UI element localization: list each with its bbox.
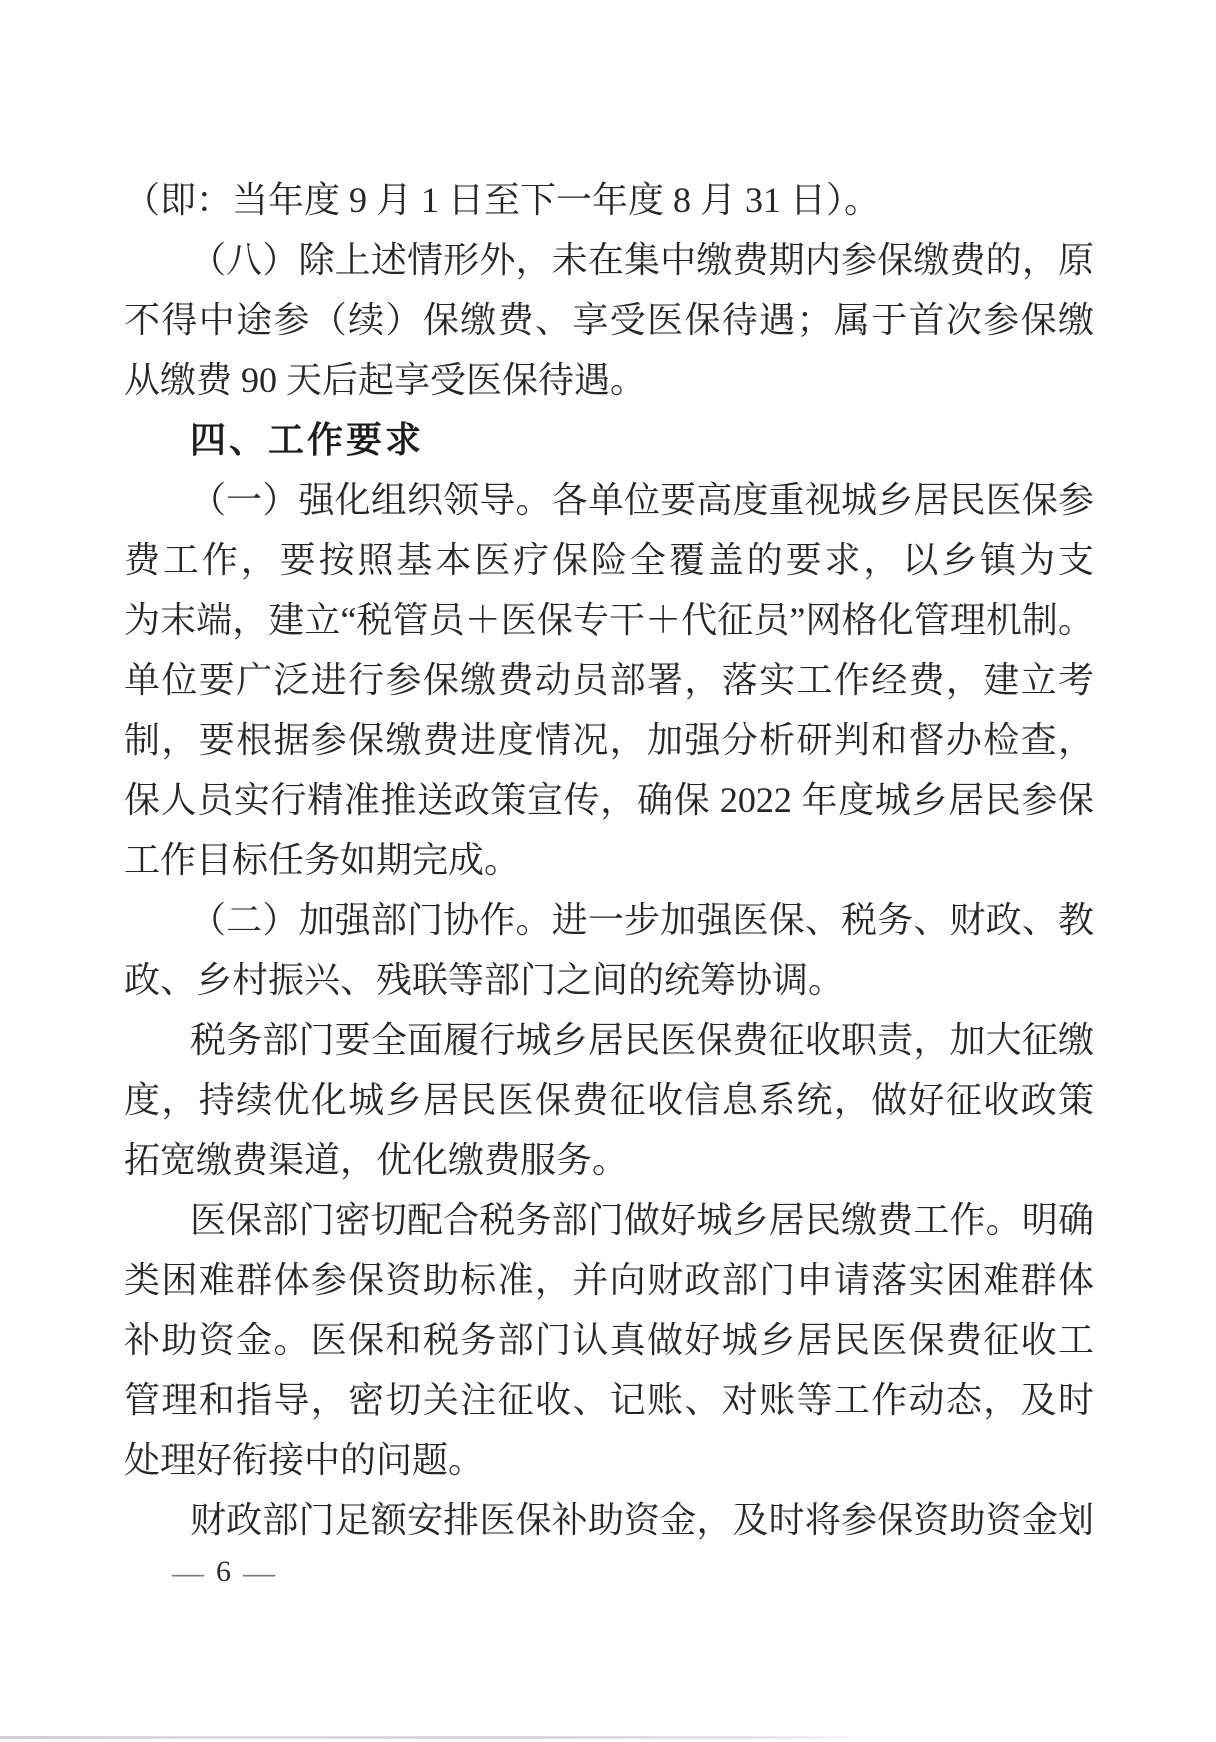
page-number-value: 6 <box>216 1552 231 1592</box>
body-line: 费工作，要按照基本医疗保险全覆盖的要求，以乡镇为支点、村组 <box>124 530 1094 590</box>
body-line: 制，要根据参保缴费进度情况，加强分析研判和督办检查，对未参 <box>124 710 1094 770</box>
page-number: — 6 — <box>172 1552 275 1592</box>
body-line: 处理好衔接中的问题。 <box>124 1430 1094 1490</box>
body-line: 单位要广泛进行参保缴费动员部署，落实工作经费，建立考核机 <box>124 650 1094 710</box>
page-number-dash-left: — <box>172 1552 204 1592</box>
body-line: （即：当年度 9 月 1 日至下一年度 8 月 31 日）。 <box>124 170 1094 230</box>
page-number-dash-right: — <box>243 1552 275 1592</box>
body-line: 度，持续优化城乡居民医保费征收信息系统，做好征收政策维护， <box>124 1070 1094 1130</box>
scan-artifact-line <box>0 1736 848 1739</box>
body-line: （八）除上述情形外，未在集中缴费期内参保缴费的，原则上 <box>124 230 1094 290</box>
body-line: 为末端，建立“税管员＋医保专干＋代征员”网格化管理机制。各 <box>124 590 1094 650</box>
body-line: 税务部门要全面履行城乡居民医保费征收职责，加大征缴力 <box>124 1010 1094 1070</box>
body-line: 财政部门足额安排医保补助资金，及时将参保资助资金划入 <box>124 1490 1094 1550</box>
body-line: 从缴费 90 天后起享受医保待遇。 <box>124 350 1094 410</box>
body-line: （一）强化组织领导。各单位要高度重视城乡居民医保参保缴 <box>124 470 1094 530</box>
body-line: 类困难群体参保资助标准，并向财政部门申请落实困难群体参保 <box>124 1250 1094 1310</box>
body-text: （即：当年度 9 月 1 日至下一年度 8 月 31 日）。 （八）除上述情形外… <box>124 170 1094 1550</box>
body-line: 保人员实行精准推送政策宣传，确保 2022 年度城乡居民参保缴费 <box>124 770 1094 830</box>
body-line: 管理和指导，密切关注征收、记账、对账等工作动态，及时发现并 <box>124 1370 1094 1430</box>
body-line: 医保部门密切配合税务部门做好城乡居民缴费工作。明确各 <box>124 1190 1094 1250</box>
body-line: （二）加强部门协作。进一步加强医保、税务、财政、教育、民 <box>124 890 1094 950</box>
body-line: 工作目标任务如期完成。 <box>124 830 1094 890</box>
section-heading: 四、工作要求 <box>124 410 1094 470</box>
body-line: 不得中途参（续）保缴费、享受医保待遇；属于首次参保缴费的， <box>124 290 1094 350</box>
document-page: （即：当年度 9 月 1 日至下一年度 8 月 31 日）。 （八）除上述情形外… <box>0 0 1216 1742</box>
body-line: 补助资金。医保和税务部门认真做好城乡居民医保费征收工作的 <box>124 1310 1094 1370</box>
body-line: 拓宽缴费渠道，优化缴费服务。 <box>124 1130 1094 1190</box>
body-line: 政、乡村振兴、残联等部门之间的统筹协调。 <box>124 950 1094 1010</box>
